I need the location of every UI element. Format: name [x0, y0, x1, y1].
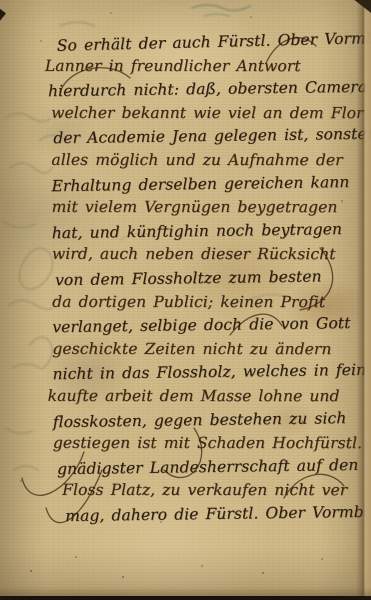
paper-speckles: [0, 0, 2, 2]
manuscript-line: welcher bekannt wie viel an dem Flor: [51, 102, 369, 126]
manuscript-line: der Academie Jena gelegen ist, sonsten: [53, 123, 369, 151]
manuscript-line: gnädigster Landesherrschaft auf den: [57, 453, 371, 481]
manuscript-line: hierdurch nicht: daß, obersten Camera: [48, 76, 369, 104]
top-ghost-inscription: [192, 5, 250, 16]
manuscript-line: verlanget, selbige doch die von Gott: [52, 312, 370, 340]
manuscript-line: So erhält der auch Fürstl. Ober Vormb: [57, 27, 369, 58]
manuscript-line: gestiegen ist mit Schaden Hochfürstl.: [53, 432, 371, 456]
manuscript-line: mag, dahero die Fürstl. Ober Vormb: [65, 501, 371, 529]
manuscript-line: mit vielem Vergnügen beygetragen: [52, 196, 370, 220]
manuscript-line: Floss Platz, zu verkaufen nicht ver: [62, 479, 371, 503]
manuscript-line: da dortigen Publici; keinen Profit: [52, 290, 370, 314]
manuscript-line: hat, und künftighin noch beytragen: [52, 218, 370, 246]
manuscript-line: geschickte Zeiten nicht zu ändern: [52, 338, 370, 362]
scan-corner-mark-left: [0, 8, 6, 22]
manuscript-line: Lanner in freundlicher Antwort: [45, 54, 369, 78]
manuscript-line: von dem Flossholtze zum besten: [55, 265, 370, 293]
manuscript-line: alles möglich und zu Aufnahme der: [51, 149, 369, 173]
scan-border-bottom: [0, 596, 371, 600]
manuscript-page: So erhält der auch Fürstl. Ober VormbLan…: [0, 0, 371, 600]
ink-text: So erhält der auch Fürstl. Ober VormbLan…: [51, 30, 371, 527]
manuscript-line: flosskosten, gegen bestehen zu sich: [53, 406, 371, 434]
page-edge-shadow: [356, 0, 371, 600]
manuscript-line: wird, auch neben dieser Rücksicht: [52, 243, 370, 267]
manuscript-line: kaufte arbeit dem Masse lohne und: [48, 385, 371, 409]
manuscript-line: Erhaltung derselben gereichen kann: [51, 170, 369, 198]
manuscript-line: nicht in das Flossholz, welches in fein: [52, 359, 370, 387]
